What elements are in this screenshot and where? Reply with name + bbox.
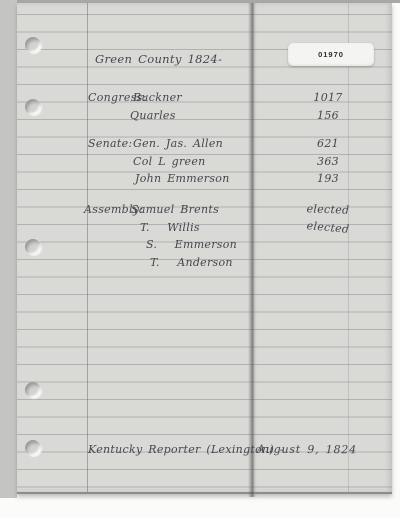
archive-number: 01970: [318, 50, 344, 59]
candidate-name: Gen. Jas. Allen: [133, 137, 223, 150]
punch-hole: [25, 239, 41, 255]
candidate-name: John Emmerson: [135, 172, 230, 185]
vote-count: 1017: [300, 91, 356, 104]
vote-count: 156: [300, 109, 356, 122]
left-margin-rule: [87, 3, 88, 492]
section-label-senate: Senate:: [88, 137, 132, 150]
candidate-name: Samuel Brents: [131, 203, 219, 216]
candidate-name: Col L green: [133, 155, 206, 168]
citation-date: August 9, 1824: [257, 443, 357, 457]
punch-hole: [25, 440, 41, 456]
candidate-name: T. Anderson: [150, 256, 233, 269]
candidate-name: Buckner: [133, 91, 182, 104]
secondary-fold-line: [348, 3, 349, 492]
punch-hole: [25, 99, 41, 115]
vote-count: 621: [300, 137, 356, 150]
vertical-fold-crease: [248, 3, 257, 497]
notebook-page: 01970 Green County 1824- Congress: Buckn…: [17, 3, 392, 494]
candidate-name: S. Emmerson: [146, 238, 237, 251]
candidate-name: T. Willis: [140, 221, 200, 234]
scanner-background-strip: [0, 0, 17, 498]
vote-count: 193: [300, 172, 356, 185]
candidate-name: Quarles: [130, 109, 176, 122]
archive-number-sticker: 01970: [288, 43, 374, 66]
page-title: Green County 1824-: [95, 53, 222, 67]
election-result: elected: [300, 202, 356, 217]
citation-source: Kentucky Reporter (Lexington) -: [88, 443, 284, 456]
punch-hole: [25, 382, 41, 398]
vote-count: 363: [300, 155, 356, 168]
punch-hole: [25, 37, 41, 53]
